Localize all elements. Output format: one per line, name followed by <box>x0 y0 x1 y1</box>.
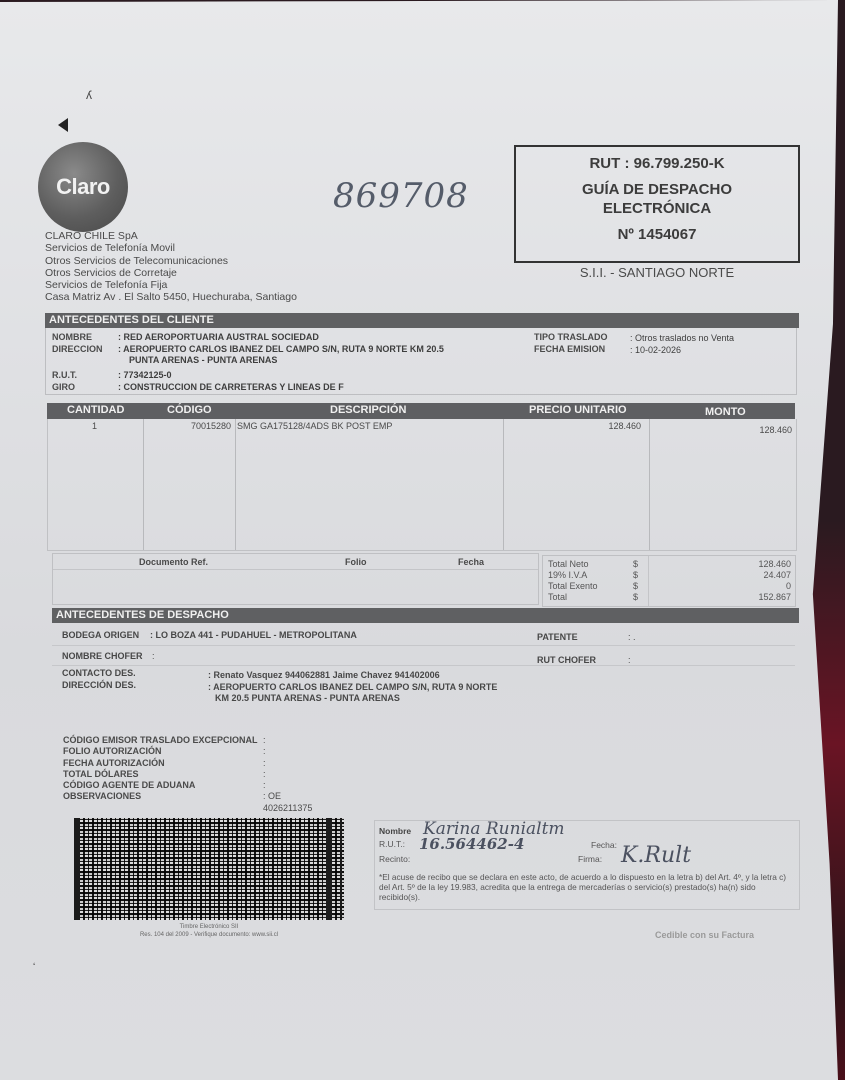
total-label: 19% I.V.A <box>548 570 587 580</box>
fecha-emision-label: FECHA EMISION <box>534 344 605 354</box>
total-value: 0 <box>786 581 791 591</box>
row-precio-unitario: 128.460 <box>608 421 641 431</box>
totals-box: Total Neto$128.460 19% I.V.A$24.407 Tota… <box>542 555 796 607</box>
document-title-line1: GUÍA DE DESPACHO <box>516 180 798 199</box>
items-table-body: 1 70015280 SMG GA175128/4ADS BK POST EMP… <box>47 419 797 551</box>
misc-row: TOTAL DÓLARES: <box>63 769 258 780</box>
misc-row: CÓDIGO AGENTE DE ADUANA: <box>63 780 258 791</box>
misc-value: : OE 4026211375 <box>263 791 312 814</box>
tipo-traslado-label: TIPO TRASLADO <box>534 332 608 342</box>
misc-row: FECHA AUTORIZACIÓN: <box>63 758 258 769</box>
receipt-firma-label: Firma: <box>578 854 602 864</box>
total-neto-row: Total Neto$128.460 <box>548 559 791 570</box>
company-address: Casa Matriz Av . El Salto 5450, Huechura… <box>45 291 297 303</box>
additional-fields: CÓDIGO EMISOR TRASLADO EXCEPCIONAL: FOLI… <box>63 735 258 803</box>
total-label: Total Neto <box>548 559 589 569</box>
client-section-title: ANTECEDENTES DEL CLIENTE <box>45 313 799 328</box>
row-descripcion: SMG GA175128/4ADS BK POST EMP <box>237 421 392 431</box>
patente-label: PATENTE <box>537 632 578 642</box>
misc-row: OBSERVACIONES: OE 4026211375 <box>63 791 258 802</box>
misc-value: : <box>263 758 266 769</box>
electronic-stamp-barcode-icon <box>74 818 344 920</box>
references-table: Documento Ref. Folio Fecha <box>52 553 539 605</box>
company-service: Servicios de Telefonía Movil <box>45 242 297 254</box>
client-giro: : CONSTRUCCION DE CARRETERAS Y LINEAS DE… <box>118 382 344 392</box>
misc-label: FECHA AUTORIZACIÓN <box>63 758 165 768</box>
total-label: Total Exento <box>548 581 598 591</box>
client-rut: : 77342125-0 <box>118 370 172 380</box>
contacto-label: CONTACTO DES. <box>62 668 136 678</box>
bodega-origen: : LO BOZA 441 - PUDAHUEL - METROPOLITANA <box>150 630 357 640</box>
receipt-acknowledgment-box: Nombre Karina Runialtm R.U.T.: 16.564462… <box>374 820 800 910</box>
patente-value: : . <box>628 632 636 642</box>
currency-sign: $ <box>633 581 638 591</box>
company-service: Servicios de Telefonía Fija <box>45 279 297 291</box>
iva-row: 19% I.V.A$24.407 <box>548 570 791 581</box>
total-exento-row: Total Exento$0 <box>548 581 791 592</box>
col-codigo: CÓDIGO <box>167 404 212 416</box>
company-service: Otros Servicios de Corretaje <box>45 267 297 279</box>
company-info: CLARO CHILE SpA Servicios de Telefonía M… <box>45 230 297 304</box>
client-panel: NOMBRE : RED AEROPORTUARIA AUSTRAL SOCIE… <box>45 328 797 395</box>
issuer-rut: RUT : 96.799.250-K <box>516 155 798 172</box>
total-label: Total <box>548 592 567 602</box>
misc-value: : <box>263 735 266 746</box>
document-id-box: RUT : 96.799.250-K GUÍA DE DESPACHO ELEC… <box>514 145 800 263</box>
misc-label: CÓDIGO AGENTE DE ADUANA <box>63 780 195 790</box>
col-cantidad: CANTIDAD <box>67 404 124 416</box>
receipt-signature: K.Rult <box>621 843 691 868</box>
rut-chofer-value: : <box>628 655 631 665</box>
misc-label: OBSERVACIONES <box>63 791 141 801</box>
col-documento-ref: Documento Ref. <box>139 557 208 567</box>
total-value: 152.867 <box>758 592 791 602</box>
receipt-recinto-label: Recinto: <box>379 854 410 864</box>
receipt-rut-handwritten: 16.564462-4 <box>419 835 524 853</box>
chofer-value: : <box>152 651 155 661</box>
row-cantidad: 1 <box>92 421 97 431</box>
tipo-traslado: : Otros traslados no Venta <box>630 333 734 343</box>
misc-label: CÓDIGO EMISOR TRASLADO EXCEPCIONAL <box>63 735 258 745</box>
references-header: Documento Ref. Folio Fecha <box>53 554 538 570</box>
misc-label: TOTAL DÓLARES <box>63 769 139 779</box>
misc-value: : <box>263 769 266 780</box>
timbre-caption: Timbre Electrónico SII Res. 104 del 2009… <box>74 923 344 939</box>
receipt-legal-text: *El acuse de recibo que se declara en es… <box>379 872 795 902</box>
col-fecha: Fecha <box>458 557 484 567</box>
col-precio-unitario: PRECIO UNITARIO <box>529 404 627 416</box>
currency-sign: $ <box>633 559 638 569</box>
receipt-name-label: Nombre <box>379 826 411 836</box>
row-monto: 128.460 <box>759 425 792 435</box>
giro-label: GIRO <box>52 382 75 392</box>
fecha-emision: : 10-02-2026 <box>630 345 681 355</box>
bodega-label: BODEGA ORIGEN <box>62 630 139 640</box>
sii-office: S.I.I. - SANTIAGO NORTE <box>514 265 800 280</box>
cedible-note: Cedible con su Factura <box>655 930 754 940</box>
logo-text: Claro <box>56 174 110 200</box>
pen-mark-arrow <box>58 118 68 132</box>
client-name: : RED AEROPORTUARIA AUSTRAL SOCIEDAD <box>118 332 319 342</box>
nombre-label: NOMBRE <box>52 332 92 342</box>
row-codigo: 70015280 <box>191 421 231 431</box>
client-address-line1: : AEROPUERTO CARLOS IBANEZ DEL CAMPO S/N… <box>118 344 444 354</box>
rut-label: R.U.T. <box>52 370 77 380</box>
misc-label: FOLIO AUTORIZACIÓN <box>63 746 162 756</box>
col-monto: MONTO <box>705 406 746 418</box>
currency-sign: $ <box>633 592 638 602</box>
timbre-verify: Res. 104 del 2009 - Verifique documento:… <box>74 931 344 939</box>
dispatch-section-title: ANTECEDENTES DE DESPACHO <box>52 608 799 623</box>
direccion-des-label: DIRECCIÓN DES. <box>62 680 136 690</box>
direccion-des-line2: KM 20.5 PUNTA ARENAS - PUNTA ARENAS <box>215 693 400 703</box>
dispatch-guide-document: ʎ Claro CLARO CHILE SpA Servicios de Tel… <box>0 0 838 1080</box>
col-descripcion: DESCRIPCIÓN <box>330 404 406 416</box>
items-table-header: CANTIDAD CÓDIGO DESCRIPCIÓN PRECIO UNITA… <box>47 403 795 419</box>
timbre-title: Timbre Electrónico SII <box>74 923 344 931</box>
misc-row: CÓDIGO EMISOR TRASLADO EXCEPCIONAL: <box>63 735 258 746</box>
misc-value: : <box>263 746 266 757</box>
document-title: GUÍA DE DESPACHO ELECTRÓNICA <box>516 180 798 218</box>
misc-value: : <box>263 780 266 791</box>
total-value: 128.460 <box>758 559 791 569</box>
receipt-fecha-label: Fecha: <box>591 840 617 850</box>
direccion-des-line1: : AEROPUERTO CARLOS IBANEZ DEL CAMPO S/N… <box>208 682 497 692</box>
document-number: Nº 1454067 <box>516 226 798 243</box>
company-service: Otros Servicios de Telecomunicaciones <box>45 255 297 267</box>
receipt-rut-label: R.U.T.: <box>379 839 405 849</box>
claro-logo-icon: Claro <box>38 142 128 232</box>
misc-row: FOLIO AUTORIZACIÓN: <box>63 746 258 757</box>
col-folio: Folio <box>345 557 367 567</box>
rut-chofer-label: RUT CHOFER <box>537 655 596 665</box>
currency-sign: $ <box>633 570 638 580</box>
pen-mark: ʎ <box>86 88 92 102</box>
direccion-label: DIRECCION <box>52 344 103 354</box>
chofer-label: NOMBRE CHOFER <box>62 651 143 661</box>
company-name: CLARO CHILE SpA <box>45 230 297 242</box>
client-address-line2: PUNTA ARENAS - PUNTA ARENAS <box>129 355 277 365</box>
contacto-value: : Renato Vasquez 944062881 Jaime Chavez … <box>208 670 440 680</box>
document-title-line2: ELECTRÓNICA <box>516 199 798 218</box>
total-value: 24.407 <box>763 570 791 580</box>
handwritten-number: 869708 <box>333 176 469 216</box>
pen-dot: ʻ <box>33 962 35 973</box>
total-row: Total$152.867 <box>548 592 791 603</box>
